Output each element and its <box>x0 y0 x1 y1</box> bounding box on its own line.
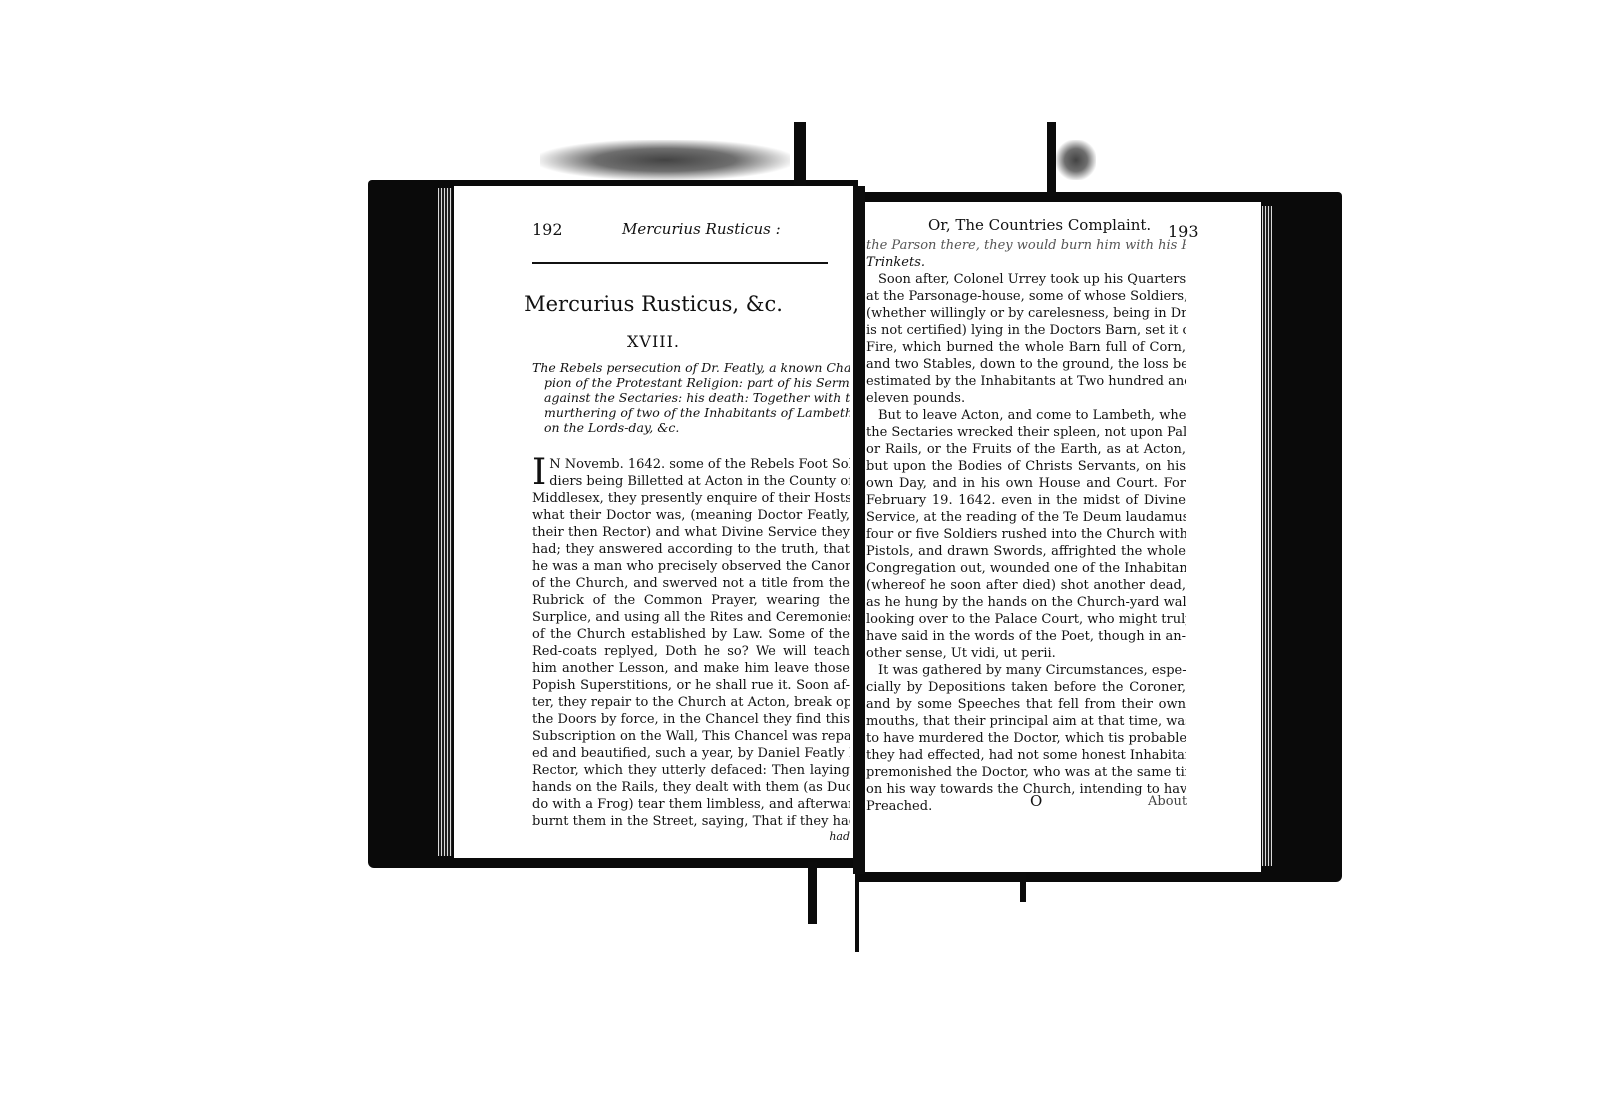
body-line: own Day, and in his own House and Court.… <box>866 475 1186 492</box>
drop-cap: I <box>532 458 546 488</box>
body-line: (whereof he soon after died) shot anothe… <box>866 577 1186 594</box>
body-line: ed and beautified, such a year, by Danie… <box>532 745 850 762</box>
body-line: burnt them in the Street, saying, That i… <box>532 813 850 830</box>
scanned-book-spread: 192 Mercurius Rusticus : Mercurius Rusti… <box>0 0 1600 1095</box>
body-line: Surplice, and using all the Rites and Ce… <box>532 609 850 626</box>
page-edges-right <box>1262 206 1272 866</box>
body-line: cially by Depositions taken before the C… <box>866 679 1186 696</box>
body-line: do with a Frog) tear them limbless, and … <box>532 796 850 813</box>
page-edges-left <box>438 188 452 856</box>
body-line: what their Doctor was, (meaning Doctor F… <box>532 507 850 524</box>
signature-mark: O <box>1030 792 1042 810</box>
body-line: the Parson there, they would burn him wi… <box>866 237 1186 254</box>
clamp-bottom-left <box>808 862 817 924</box>
running-head-left: Mercurius Rusticus : <box>622 220 781 238</box>
chapter-title: Mercurius Rusticus, &c. <box>454 292 853 316</box>
body-line: Soon after, Colonel Urrey took up his Qu… <box>866 271 1186 288</box>
body-line: Fire, which burned the whole Barn full o… <box>866 339 1186 356</box>
body-line: Red-coats replyed, Doth he so? We will t… <box>532 643 850 660</box>
body-line: eleven pounds. <box>866 390 1186 407</box>
page-number-left: 192 <box>532 220 563 239</box>
body-line: is not certified) lying in the Doctors B… <box>866 322 1186 339</box>
body-line: of the Church established by Law. Some o… <box>532 626 850 643</box>
body-line: Trinkets. <box>866 254 1186 271</box>
body-line: they had effected, had not some honest I… <box>866 747 1186 764</box>
body-line: the Sectaries wrecked their spleen, not … <box>866 424 1186 441</box>
summary-line: murthering of two of the Inhabitants of … <box>532 405 850 420</box>
body-line: Rubrick of the Common Prayer, wearing th… <box>532 592 850 609</box>
body-line: Rector, which they utterly defaced: Then… <box>532 762 850 779</box>
summary-line: against the Sectaries: his death: Togeth… <box>532 390 850 405</box>
clamp-bottom-right <box>1020 872 1026 902</box>
body-line: It was gathered by many Circumstances, e… <box>866 662 1186 679</box>
body-line: Congregation out, wounded one of the Inh… <box>866 560 1186 577</box>
body-line: their then Rector) and what Divine Servi… <box>532 524 850 541</box>
body-line: looking over to the Palace Court, who mi… <box>866 611 1186 628</box>
body-line: Pistols, and drawn Swords, affrighted th… <box>866 543 1186 560</box>
left-page-body: I N Novemb. 1642. some of the Rebels Foo… <box>532 456 850 843</box>
summary-line: on the Lords-day, &c. <box>532 420 850 435</box>
body-line: premonished the Doctor, who was at the s… <box>866 764 1186 781</box>
catchword-right: About <box>1148 794 1187 809</box>
body-line: and two Stables, down to the ground, the… <box>866 356 1186 373</box>
body-line: (whether willingly or by carelesness, be… <box>866 305 1186 322</box>
body-line: other sense, Ut vidi, ut perii. <box>866 645 1186 662</box>
summary-line: The Rebels persecution of Dr. Featly, a … <box>532 360 850 375</box>
body-line: and by some Speeches that fell from thei… <box>866 696 1186 713</box>
body-line: the Doors by force, in the Chancel they … <box>532 711 850 728</box>
chapter-summary: The Rebels persecution of Dr. Featly, a … <box>532 360 850 435</box>
body-line: N Novemb. 1642. some of the Rebels Foot … <box>549 456 850 473</box>
body-line: February 19. 1642. even in the midst of … <box>866 492 1186 509</box>
body-line: at the Parsonage-house, some of whose So… <box>866 288 1186 305</box>
catchword-left: had <box>532 830 850 843</box>
shadow-smudge-top-right <box>1056 140 1096 180</box>
body-line: But to leave Acton, and come to Lambeth,… <box>866 407 1186 424</box>
body-line: had; they answered according to the trut… <box>532 541 850 558</box>
clamp-top-left <box>794 122 806 188</box>
body-line: Preached. <box>866 798 1186 815</box>
body-line: but upon the Bodies of Christs Servants,… <box>866 458 1186 475</box>
body-line: Subscription on the Wall, This Chancel w… <box>532 728 850 745</box>
book-gutter <box>853 186 865 874</box>
body-line: Service, at the reading of the Te Deum l… <box>866 509 1186 526</box>
body-line: diers being Billetted at Acton in the Co… <box>549 473 850 490</box>
body-line: or Rails, or the Fruits of the Earth, as… <box>866 441 1186 458</box>
body-line: Popish Superstitions, or he shall rue it… <box>532 677 850 694</box>
body-line: he was a man who precisely observed the … <box>532 558 850 575</box>
body-line: have said in the words of the Poet, thou… <box>866 628 1186 645</box>
ribbon-bookmark <box>855 862 859 952</box>
body-line: hands on the Rails, they dealt with them… <box>532 779 850 796</box>
summary-line: pion of the Protestant Religion: part of… <box>532 375 850 390</box>
body-line: estimated by the Inhabitants at Two hund… <box>866 373 1186 390</box>
header-rule <box>532 262 828 264</box>
body-line: Middlesex, they presently enquire of the… <box>532 490 850 507</box>
body-line: to have murdered the Doctor, which tis p… <box>866 730 1186 747</box>
body-line: four or five Soldiers rushed into the Ch… <box>866 526 1186 543</box>
right-page-body: the Parson there, they would burn him wi… <box>866 237 1186 815</box>
shadow-smudge-top <box>540 140 790 180</box>
running-head-right: Or, The Countries Complaint. <box>928 216 1151 234</box>
body-line: on his way towards the Church, intending… <box>866 781 1186 798</box>
body-line: him another Lesson, and make him leave t… <box>532 660 850 677</box>
clamp-top-right <box>1047 122 1056 196</box>
body-line: of the Church, and swerved not a title f… <box>532 575 850 592</box>
body-line: as he hung by the hands on the Church-ya… <box>866 594 1186 611</box>
section-number: XVIII. <box>454 332 853 351</box>
body-line: ter, they repair to the Church at Acton,… <box>532 694 850 711</box>
body-line: mouths, that their principal aim at that… <box>866 713 1186 730</box>
